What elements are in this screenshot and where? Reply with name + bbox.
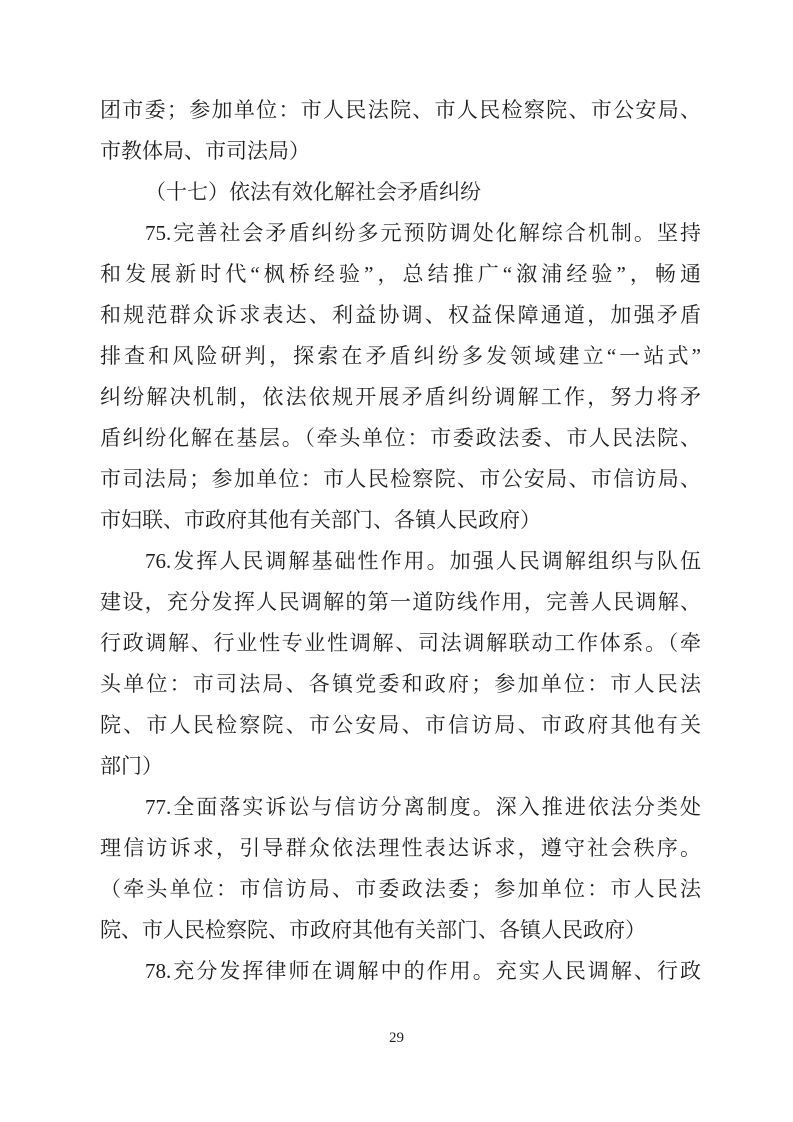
- text-line: 院、市人民检察院、市政府其他有关部门、各镇人民政府）: [100, 910, 701, 951]
- text-line: 76.发挥人民调解基础性作用。加强人民调解组织与队伍: [100, 541, 701, 582]
- text-line: 市妇联、市政府其他有关部门、各镇人民政府）: [100, 500, 701, 541]
- text-line: 理信访诉求，引导群众依法理性表达诉求，遵守社会秩序。: [100, 828, 701, 869]
- text-line: （牵头单位：市信访局、市委政法委；参加单位：市人民法: [100, 869, 701, 910]
- text-line: 行政调解、行业性专业性调解、司法调解联动工作体系。（牵: [100, 623, 701, 664]
- text-line: 盾纠纷化解在基层。（牵头单位：市委政法委、市人民法院、: [100, 418, 701, 459]
- text-line: 排查和风险研判，探索在矛盾纠纷多发领域建立“一站式”: [100, 336, 701, 377]
- text-line: 75.完善社会矛盾纠纷多元预防调处化解综合机制。坚持: [100, 213, 701, 254]
- text-line: 团市委；参加单位：市人民法院、市人民检察院、市公安局、: [100, 90, 701, 131]
- text-line: 建设，充分发挥人民调解的第一道防线作用，完善人民调解、: [100, 582, 701, 623]
- page-number: 29: [0, 1030, 793, 1047]
- text-line: 78.充分发挥律师在调解中的作用。充实人民调解、行政: [100, 951, 701, 992]
- section-heading: （十七）依法有效化解社会矛盾纠纷: [100, 172, 701, 213]
- text-line: 头单位：市司法局、各镇党委和政府；参加单位：市人民法: [100, 664, 701, 705]
- text-line: 市司法局；参加单位：市人民检察院、市公安局、市信访局、: [100, 459, 701, 500]
- text-line: 纠纷解决机制，依法依规开展矛盾纠纷调解工作，努力将矛: [100, 377, 701, 418]
- text-line: 部门）: [100, 746, 701, 787]
- text-line: 市教体局、市司法局）: [100, 131, 701, 172]
- text-line: 和发展新时代“枫桥经验”，总结推广“溆浦经验”，畅通: [100, 254, 701, 295]
- text-line: 院、市人民检察院、市公安局、市信访局、市政府其他有关: [100, 705, 701, 746]
- text-line: 77.全面落实诉讼与信访分离制度。深入推进依法分类处: [100, 787, 701, 828]
- document-body: 团市委；参加单位：市人民法院、市人民检察院、市公安局、市教体局、市司法局）（十七…: [100, 90, 701, 992]
- document-page: 团市委；参加单位：市人民法院、市人民检察院、市公安局、市教体局、市司法局）（十七…: [0, 0, 793, 1122]
- text-line: 和规范群众诉求表达、利益协调、权益保障通道，加强矛盾: [100, 295, 701, 336]
